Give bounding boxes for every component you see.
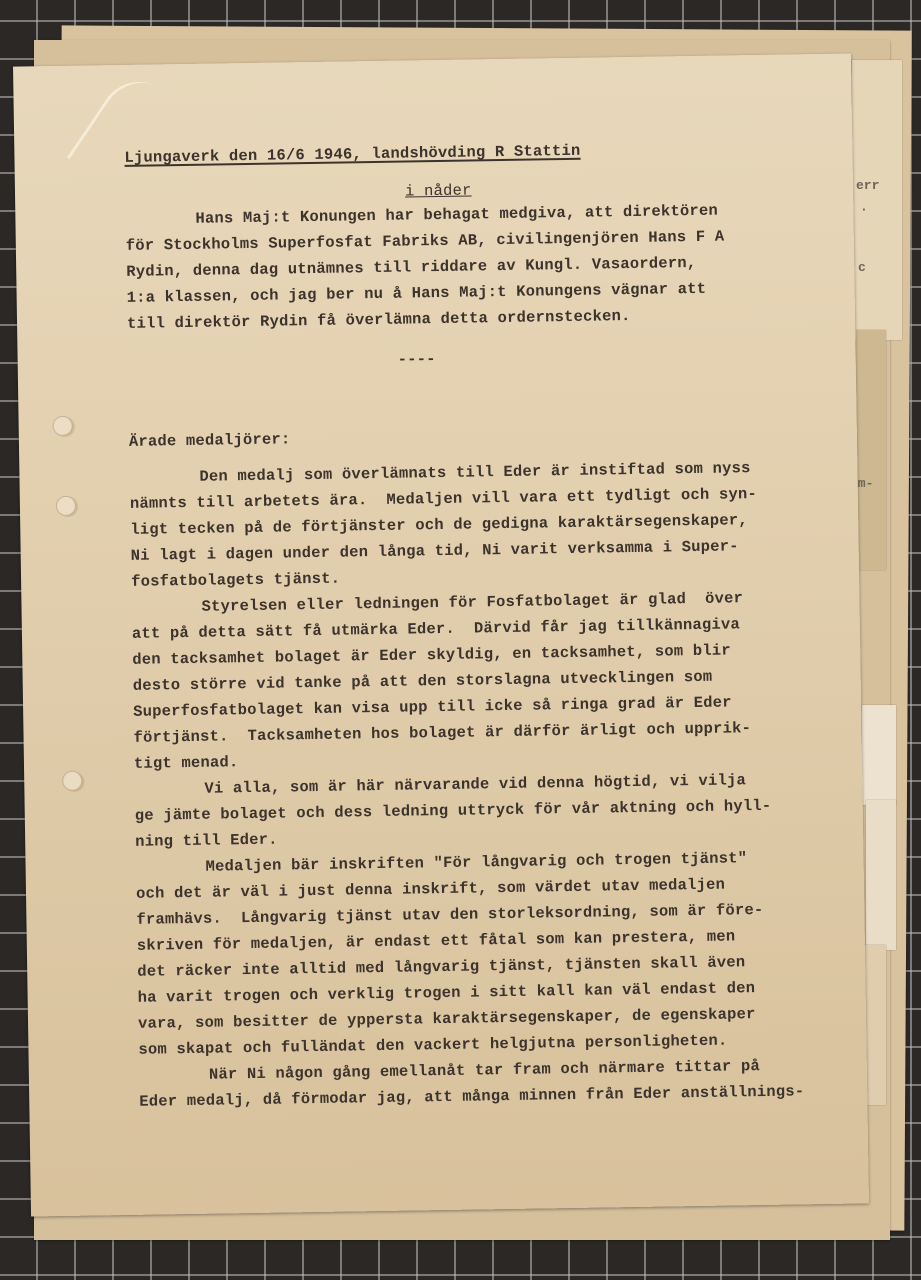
paragraph-line: ligt tecken på de förtjänster och de ged… bbox=[130, 511, 748, 539]
paragraph-line: När Ni någon gång emellanåt tar fram och… bbox=[209, 1057, 760, 1084]
paragraph-line: nämnts till arbetets ära. Medaljen vill … bbox=[130, 485, 757, 513]
paragraph-line: och det är väl i just denna inskrift, so… bbox=[136, 876, 725, 903]
paragraph-line: vara, som besitter de yppersta karaktärs… bbox=[138, 1005, 756, 1033]
paragraph-line: Rydin, denna dag utnämnes till riddare a… bbox=[126, 254, 696, 281]
paragraph-line: Medaljen bär inskriften "För långvarig o… bbox=[205, 849, 747, 876]
edge-fragment-text: err bbox=[856, 178, 879, 193]
paragraph-line: det räcker inte alltid med långvarig tjä… bbox=[137, 953, 745, 981]
paragraph-line: Ni lagt i dagen under den långa tid, Ni … bbox=[131, 537, 739, 565]
paragraph-line: förtjänst. Tacksamheten hos bolaget är d… bbox=[133, 719, 751, 747]
paragraph-line: fosfatbolagets tjänst. bbox=[131, 570, 340, 591]
paragraph-line: att på detta sätt få utmärka Eder. Därvi… bbox=[132, 615, 740, 643]
handwritten-insertion: i nåder bbox=[405, 181, 472, 200]
edge-fragment-text: · bbox=[860, 202, 868, 217]
paragraph-line: den tacksamhet bolaget är Eder skyldig, … bbox=[132, 641, 731, 668]
punch-hole bbox=[56, 496, 76, 516]
paragraph-line: Styrelsen eller ledningen för Fosfatbola… bbox=[201, 589, 743, 616]
paragraph-line: 1:a klassen, och jag ber nu å Hans Maj:t… bbox=[127, 280, 707, 307]
torn-tab bbox=[866, 800, 896, 950]
underlying-page-edge: err · c bbox=[852, 60, 902, 340]
document-heading: Ljungaverk den 16/6 1946, landshövding R… bbox=[124, 142, 580, 167]
paragraph-line: Superfosfatbolaget kan visa upp till ick… bbox=[133, 693, 732, 720]
paragraph-line: Vi alla, som är här närvarande vid denna… bbox=[204, 771, 746, 798]
paragraph-line: ha varit trogen och verklig trogen i sit… bbox=[138, 979, 756, 1007]
paragraph-line: Eder medalj, då förmodar jag, att många … bbox=[139, 1082, 804, 1110]
typewritten-page: Ljungaverk den 16/6 1946, landshövding R… bbox=[13, 53, 869, 1216]
salutation: Ärade medaljörer: bbox=[129, 430, 291, 451]
paragraph-line: ning till Eder. bbox=[135, 831, 278, 851]
torn-tab bbox=[862, 705, 896, 805]
edge-fragment-text: c bbox=[858, 260, 866, 275]
paragraph-line: skriven för medaljen, är endast ett fåta… bbox=[137, 927, 736, 954]
paragraph-line: Hans Maj:t Konungen har behagat medgiva,… bbox=[195, 202, 718, 228]
paragraph-line: för Stockholms Superfosfat Fabriks AB, c… bbox=[126, 228, 725, 255]
punch-hole bbox=[62, 771, 82, 791]
paragraph-line: till direktör Rydin få överlämna detta o… bbox=[127, 307, 631, 333]
paragraph-line: tigt menad. bbox=[134, 753, 239, 773]
paragraph-line: framhävs. Långvarig tjänst utav den stor… bbox=[136, 901, 763, 929]
paragraph-line: Den medalj som överlämnats till Eder är … bbox=[199, 459, 750, 486]
underlying-page-edge: om- bbox=[856, 330, 886, 570]
paragraph-line: som skapat och fulländat den vackert hel… bbox=[138, 1032, 727, 1059]
punch-hole bbox=[53, 416, 73, 436]
paragraph-line: desto större vid tanke på att den storsl… bbox=[133, 668, 713, 695]
paragraph-line: ge jämte bolaget och dess ledning uttryc… bbox=[135, 797, 772, 825]
section-separator: ---- bbox=[398, 350, 436, 369]
